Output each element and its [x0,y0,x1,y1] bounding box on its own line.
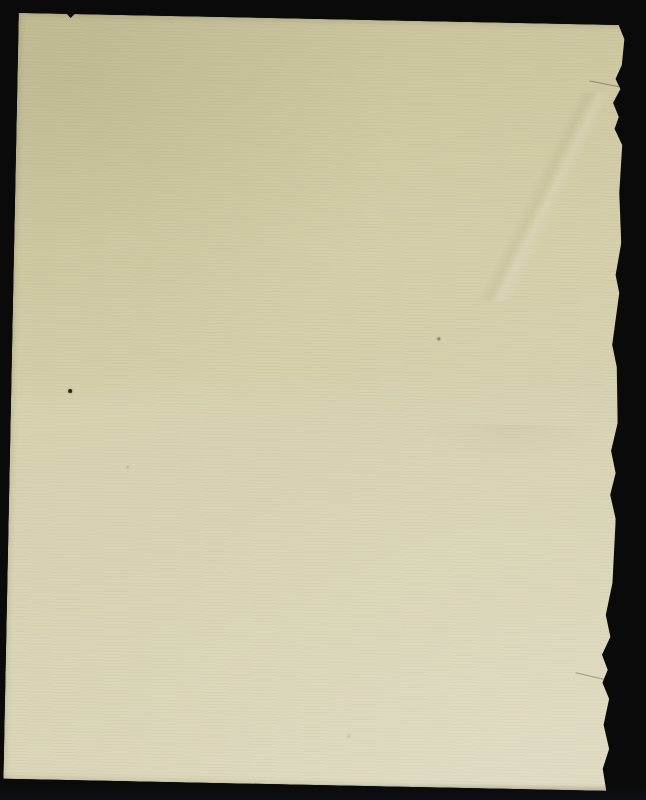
paper-tear-hairline [589,80,619,87]
paper-speck [68,389,72,393]
scanned-blank-page [3,13,630,791]
scanner-background [0,0,646,800]
paper-speck [347,735,350,738]
paper-crease-mid-right [407,423,619,522]
paper-crease-top-right [465,90,619,303]
paper-speck [127,466,129,468]
paper-speck [437,337,440,340]
paper-shading [3,13,630,791]
paper-tear-hairline [576,672,607,680]
paper-texture [3,13,630,791]
